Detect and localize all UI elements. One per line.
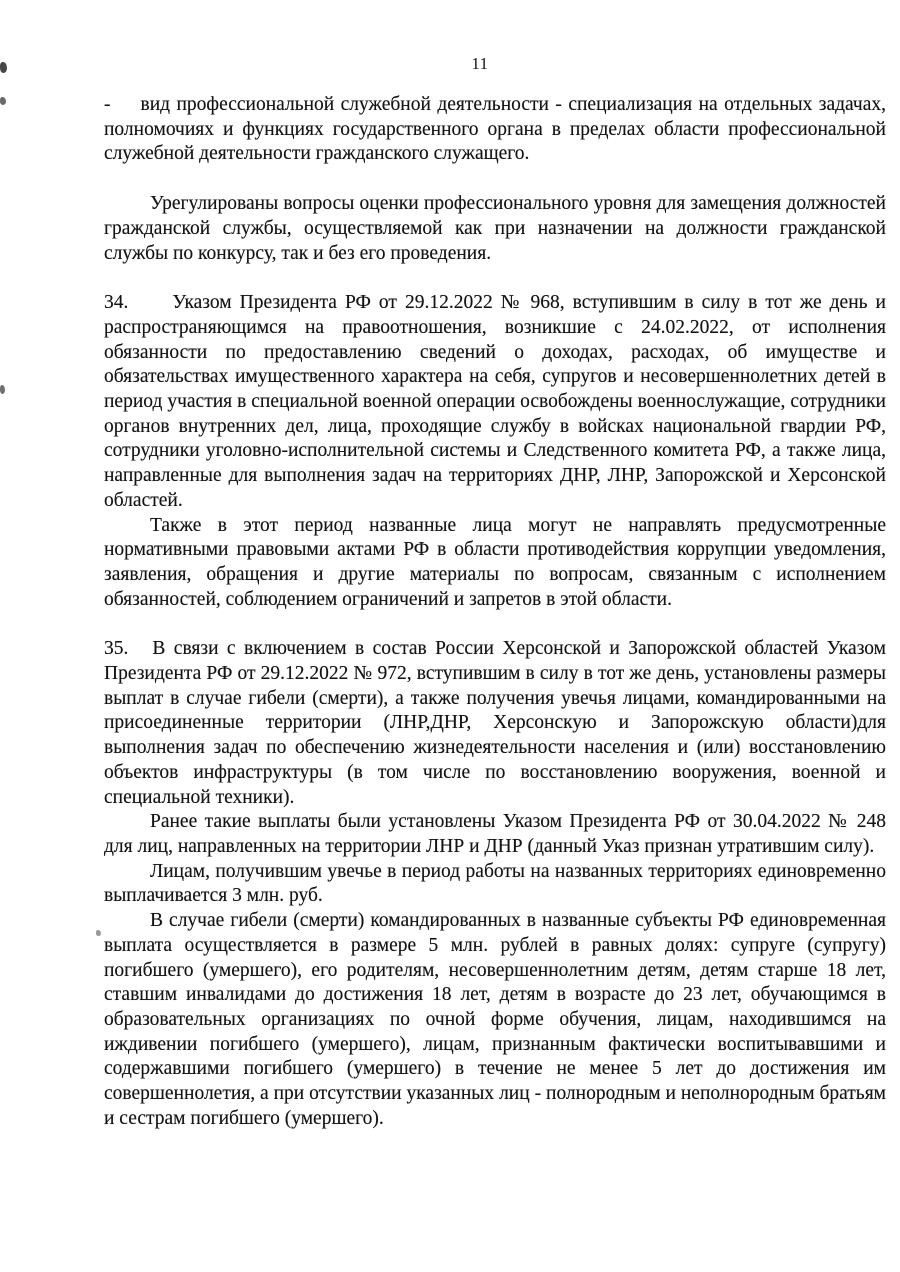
paragraph-text: Указом Президента РФ от 29.12.2022 № 968… <box>104 292 886 511</box>
page-number: 11 <box>30 54 900 74</box>
paragraph-dash-item: -вид профессиональной служебной деятельн… <box>104 93 886 167</box>
document-body: -вид профессиональной служебной деятельн… <box>104 93 886 1131</box>
paragraph-item-34: 34.Указом Президента РФ от 29.12.2022 № … <box>104 291 886 513</box>
paragraph: Также в этот период названные лица могут… <box>104 514 886 613</box>
paragraph-text: вид профессиональной служебной деятельно… <box>104 94 886 164</box>
tab-space <box>128 307 172 308</box>
paragraph-text: Также в этот период названные лица могут… <box>104 515 886 610</box>
item-number: 34. <box>104 292 128 313</box>
paragraph-text: Лицам, получившим увечье в период работы… <box>104 861 886 907</box>
scan-speck <box>0 385 5 394</box>
tab-space <box>111 109 141 110</box>
paragraph-item-35: 35.В связи с включением в состав России … <box>104 637 886 810</box>
paragraph: Лицам, получившим увечье в период работы… <box>104 860 886 909</box>
scan-speck <box>0 62 7 73</box>
paragraph-text: В связи с включением в состав России Хер… <box>104 638 886 807</box>
item-number: 35. <box>104 638 128 659</box>
paragraph: В случае гибели (смерти) командированных… <box>104 909 886 1131</box>
paragraph-text: Ранее такие выплаты были установлены Ука… <box>104 811 886 857</box>
paragraph: Ранее такие выплаты были установлены Ука… <box>104 810 886 859</box>
dash-marker: - <box>104 94 111 115</box>
paragraph-text: В случае гибели (смерти) командированных… <box>104 910 886 1129</box>
paragraph: Урегулированы вопросы оценки профессиона… <box>104 192 886 266</box>
tab-space <box>128 653 152 654</box>
paragraph-text: Урегулированы вопросы оценки профессиона… <box>104 193 886 263</box>
scan-speck <box>96 930 101 936</box>
document-page: 11 -вид профессиональной служебной деяте… <box>0 0 900 1272</box>
scan-speck <box>0 97 6 105</box>
